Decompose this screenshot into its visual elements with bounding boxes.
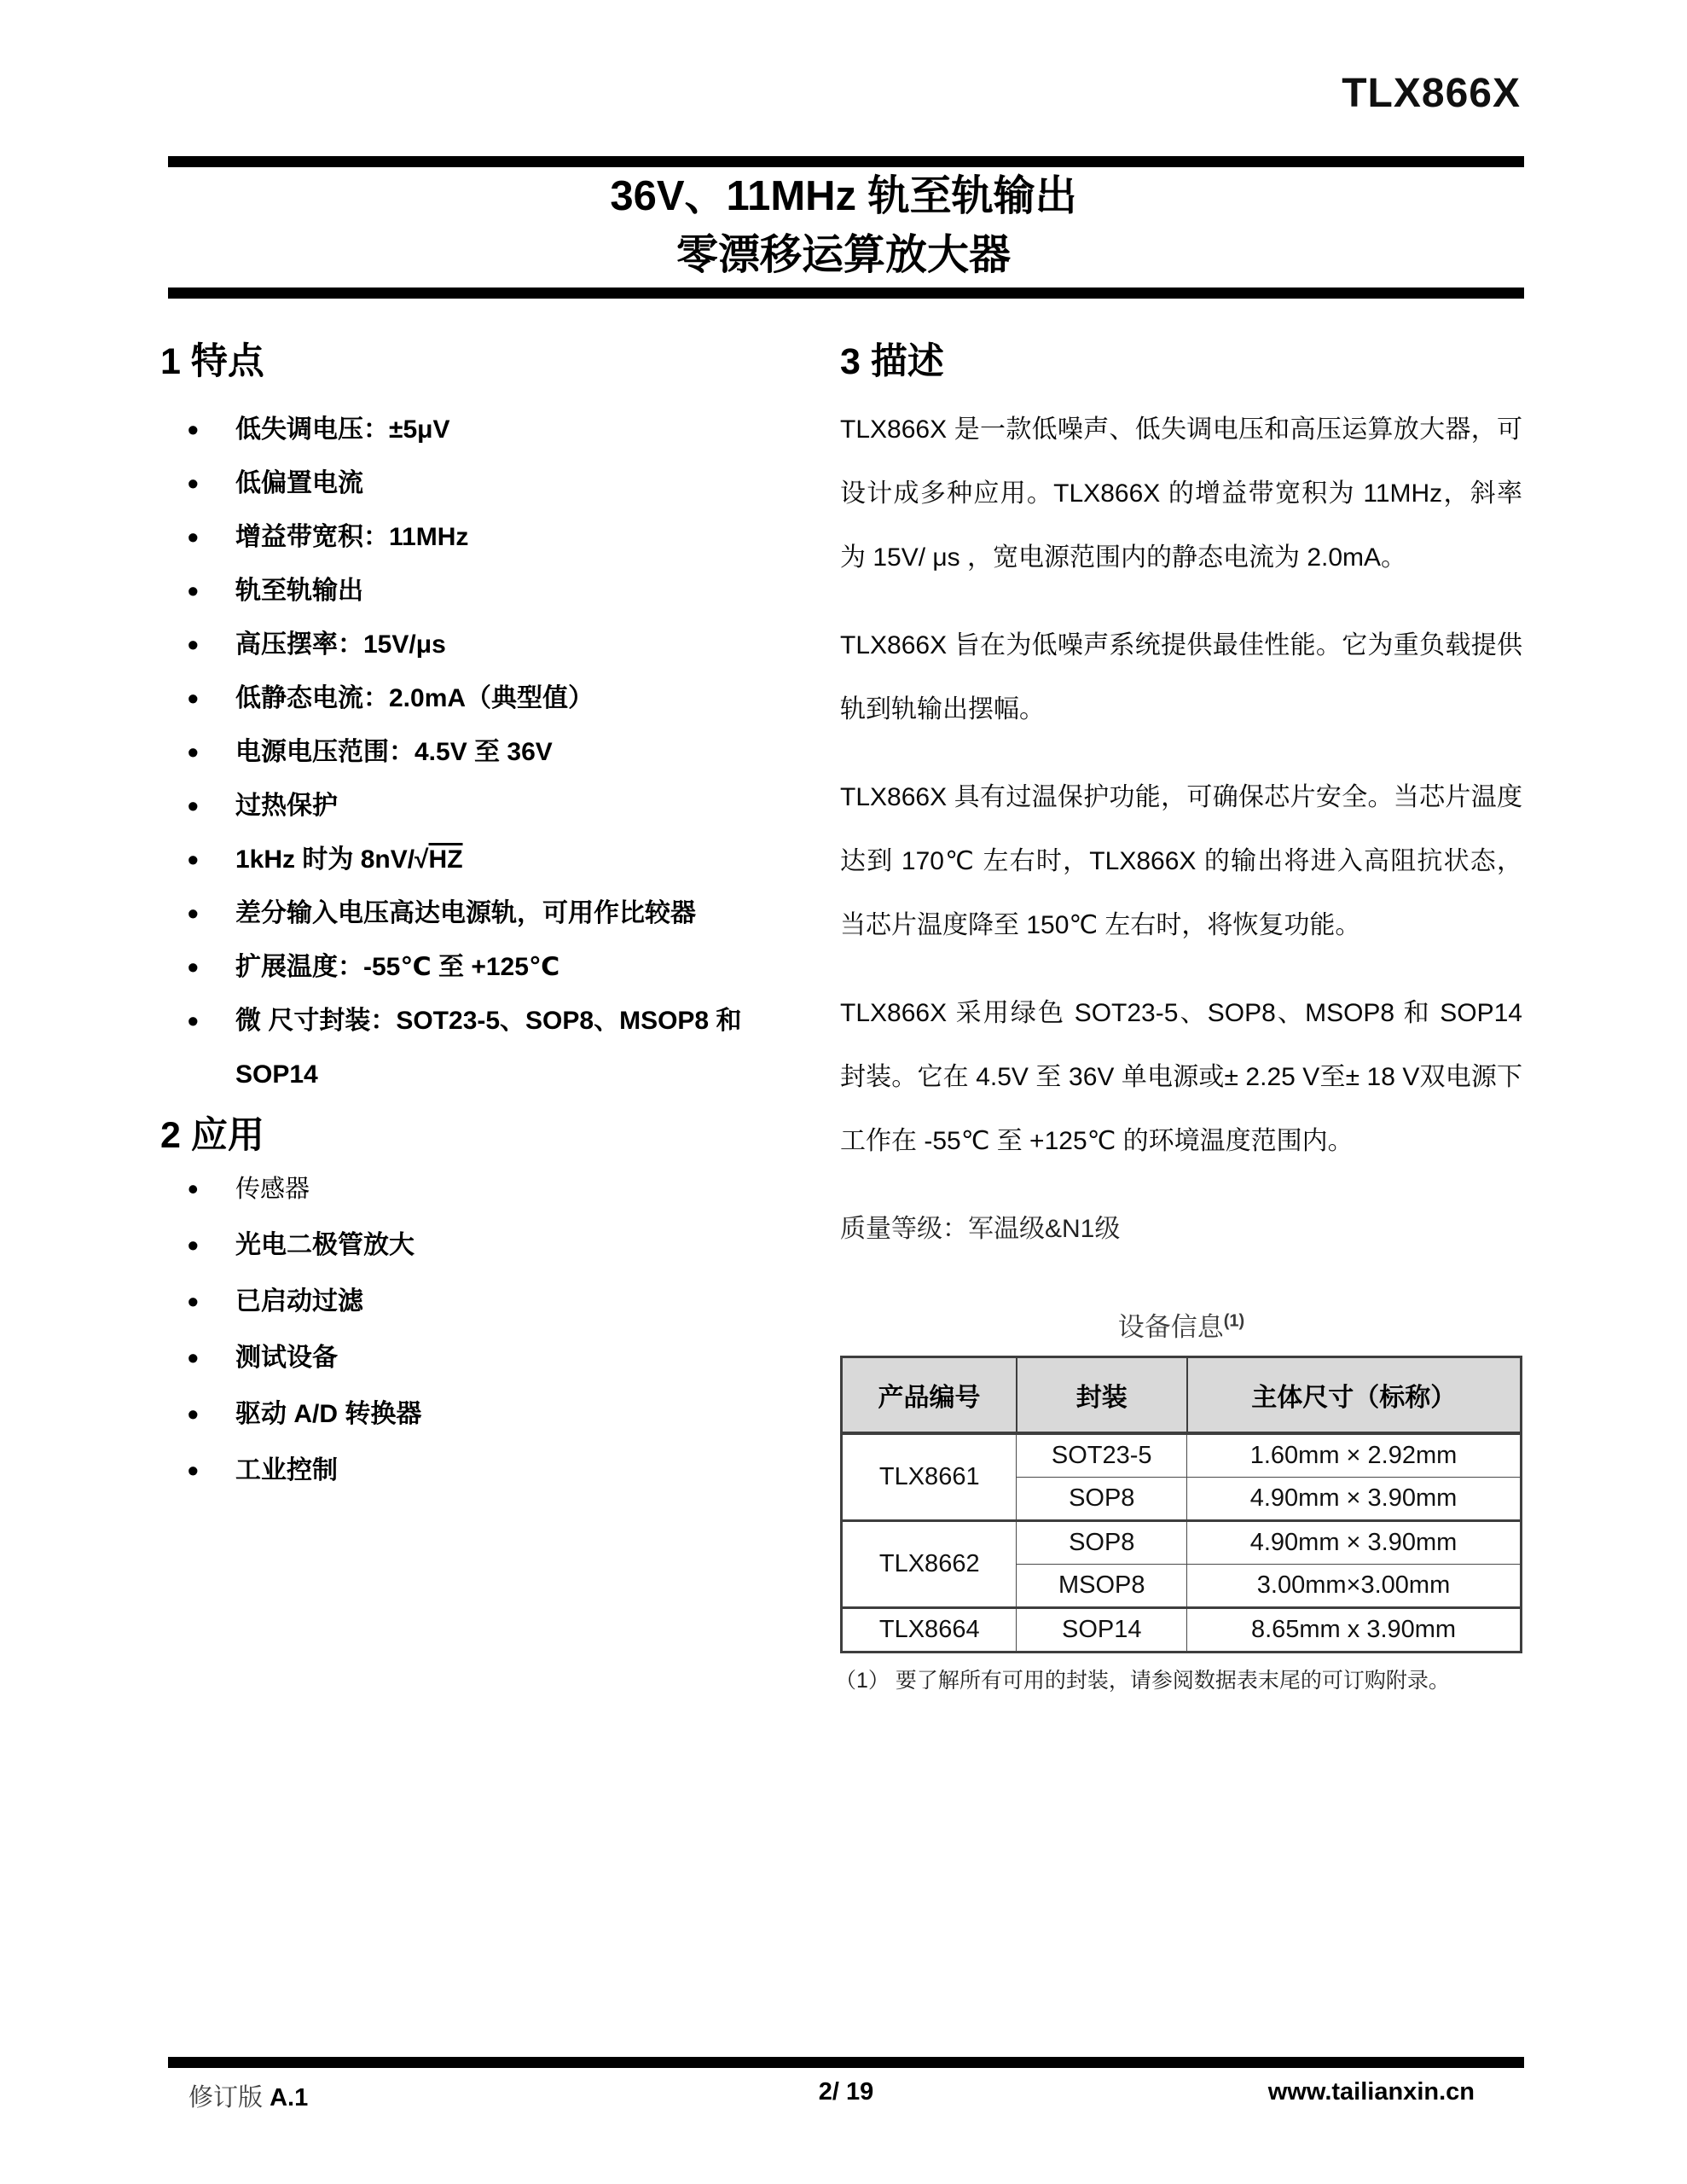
footer-rule [168,2057,1524,2068]
quality-grade: 质量等级：军温级&N1级 [840,1197,1522,1261]
footer-revision-label: 修订版 [188,2084,263,2111]
package-cell: MSOP8 [1017,1565,1187,1608]
device-info-row: TLX8664SOP148.65mm x 3.90mm [842,1608,1522,1653]
package-cell: SOT23-5 [1017,1433,1187,1478]
part-number-cell: TLX8664 [842,1608,1017,1653]
doc-title-line2: 零漂移运算放大器 [0,226,1687,285]
device-info-header-cell: 封装 [1017,1357,1187,1434]
application-item: 测试设备 [160,1330,830,1386]
package-cell: SOP14 [1017,1608,1187,1653]
feature-item: 轨至轨输出 [160,564,830,618]
application-item: 传感器 [160,1161,830,1217]
feature-item: 微 尺寸封装：SOT23-5、SOP8、MSOP8 和SOP14 [160,994,830,1101]
device-info-header-cell: 产品编号 [842,1357,1017,1434]
title-rule [168,288,1524,299]
part-number-cell: TLX8661 [842,1433,1017,1521]
application-item: 已启动过滤 [160,1274,830,1330]
body-size-cell: 1.60mm × 2.92mm [1187,1433,1522,1478]
feature-item: 差分输入电压高达电源轨，可用作比较器 [160,886,830,940]
table-footnote: （1） 要了解所有可用的封装，请参阅数据表末尾的可订购附录。 [835,1664,1522,1694]
feature-item: 低失调电压：±5μV [160,403,830,456]
description-heading: 3 描述 [840,340,1522,384]
device-info-header-row: 产品编号封装主体尺寸（标称） [842,1357,1522,1434]
application-item: 光电二极管放大 [160,1217,830,1274]
feature-item: 低静态电流：2.0mA（典型值） [160,671,830,725]
package-cell: SOP8 [1017,1521,1187,1565]
device-info-title-superscript: (1) [1224,1312,1244,1331]
applications-list: 传感器光电二极管放大已启动过滤测试设备驱动 A/D 转换器工业控制 [160,1161,830,1499]
feature-item: 低偏置电流 [160,456,830,510]
applications-heading: 2 应用 [160,1113,830,1158]
feature-item: 过热保护 [160,779,830,833]
part-number-cell: TLX8662 [842,1521,1017,1608]
footer-website: www.tailianxin.cn [1268,2078,1475,2106]
feature-item: 1kHz 时为 8nV/√HZ [160,833,830,886]
feature-item: 增益带宽积：11MHz [160,510,830,564]
body-size-cell: 4.90mm × 3.90mm [1187,1521,1522,1565]
body-size-cell: 3.00mm×3.00mm [1187,1565,1522,1608]
header-rule [168,156,1524,167]
device-info-header-cell: 主体尺寸（标称） [1187,1357,1522,1434]
description-paragraphs: TLX866X 是一款低噪声、低失调电压和高压运算放大器，可设计成多种应用。TL… [840,398,1522,1173]
body-size-cell: 4.90mm × 3.90mm [1187,1478,1522,1521]
description-paragraph: TLX866X 具有过温保护功能，可确保芯片安全。当芯片温度达到 170℃ 左右… [840,765,1522,957]
device-info-table: 产品编号封装主体尺寸（标称） TLX8661SOT23-51.60mm × 2.… [840,1356,1522,1653]
doc-title: 36V、11MHz 轨至轨输出 零漂移运算放大器 [0,167,1687,285]
description-paragraph: TLX866X 是一款低噪声、低失调电压和高压运算放大器，可设计成多种应用。TL… [840,398,1522,590]
device-info-row: TLX8661SOT23-51.60mm × 2.92mm [842,1433,1522,1478]
application-item: 工业控制 [160,1443,830,1499]
features-heading: 1 特点 [160,340,830,384]
device-info-title-text: 设备信息 [1118,1312,1224,1342]
features-list: 低失调电压：±5μV低偏置电流增益带宽积：11MHz轨至轨输出高压摆率：15V/… [160,403,830,1101]
sqrt-radicand: HZ [429,845,463,874]
doc-title-line1: 36V、11MHz 轨至轨输出 [0,167,1687,226]
description-paragraph: TLX866X 旨在为低噪声系统提供最佳性能。它为重负载提供轨到轨输出摆幅。 [840,613,1522,741]
device-info-row: TLX8662SOP84.90mm × 3.90mm [842,1521,1522,1565]
footer: 修订版 A.1 2/ 19 www.tailianxin.cn [168,2078,1524,2121]
right-column: 3 描述 TLX866X 是一款低噪声、低失调电压和高压运算放大器，可设计成多种… [840,340,1522,1694]
feature-item: 电源电压范围：4.5V 至 36V [160,725,830,779]
datasheet-page: TLX866X 36V、11MHz 轨至轨输出 零漂移运算放大器 1 特点 低失… [0,0,1687,2184]
body-size-cell: 8.65mm x 3.90mm [1187,1608,1522,1653]
doc-code: TLX866X [1342,70,1521,117]
device-info-body: TLX8661SOT23-51.60mm × 2.92mmSOP84.90mm … [842,1433,1522,1653]
device-info-title: 设备信息(1) [840,1305,1522,1344]
application-item: 驱动 A/D 转换器 [160,1386,830,1443]
footer-revision: 修订版 A.1 [188,2078,308,2113]
description-paragraph: TLX866X 采用绿色 SOT23-5、SOP8、MSOP8 和 SOP14 … [840,981,1522,1173]
feature-item: 扩展温度：-55℃ 至 +125℃ [160,940,830,994]
footer-revision-value: A.1 [270,2084,308,2111]
footer-page-number: 2/ 19 [819,2078,874,2106]
left-column: 1 特点 低失调电压：±5μV低偏置电流增益带宽积：11MHz轨至轨输出高压摆率… [160,340,830,1499]
package-cell: SOP8 [1017,1478,1187,1521]
feature-item: 高压摆率：15V/μs [160,618,830,671]
